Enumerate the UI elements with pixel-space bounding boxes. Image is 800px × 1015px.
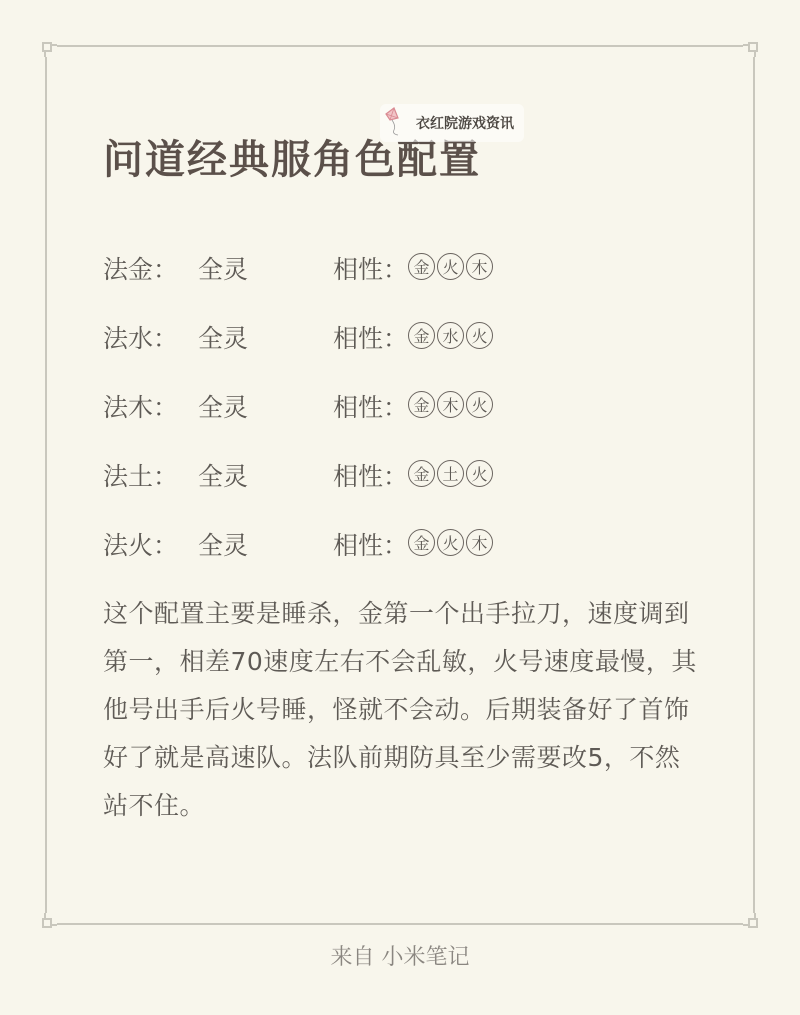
config-row: 法金： 全灵 相性： 金 火 木: [103, 250, 493, 319]
element-badge: 水: [437, 322, 464, 349]
config-row: 法土： 全灵 相性： 金 土 火: [103, 457, 493, 526]
affinity-label: 相性：: [333, 457, 408, 493]
frame-border-left: [45, 57, 47, 913]
element-badge: 金: [408, 322, 435, 349]
frame-border-right: [753, 57, 755, 913]
attribute-value: 全灵: [198, 319, 333, 355]
affinity-label: 相性：: [333, 250, 408, 286]
frame-border-top: [57, 45, 743, 47]
role-label: 法金：: [103, 250, 198, 286]
affinity-elements: 金 土 火: [408, 457, 493, 487]
config-row: 法水： 全灵 相性： 金 水 火: [103, 319, 493, 388]
element-badge: 火: [466, 322, 493, 349]
attribute-value: 全灵: [198, 250, 333, 286]
element-badge: 木: [466, 529, 493, 556]
element-badge: 火: [466, 391, 493, 418]
corner-ornament-icon: [742, 42, 758, 58]
element-badge: 金: [408, 253, 435, 280]
element-badge: 金: [408, 460, 435, 487]
element-badge: 木: [466, 253, 493, 280]
element-badge: 木: [437, 391, 464, 418]
attribute-value: 全灵: [198, 388, 333, 424]
element-badge: 金: [408, 529, 435, 556]
role-label: 法土：: [103, 457, 198, 493]
corner-ornament-icon: [742, 912, 758, 928]
affinity-label: 相性：: [333, 526, 408, 562]
affinity-elements: 金 木 火: [408, 388, 493, 418]
affinity-elements: 金 水 火: [408, 319, 493, 349]
attribute-value: 全灵: [198, 526, 333, 562]
affinity-label: 相性：: [333, 388, 408, 424]
role-label: 法水：: [103, 319, 198, 355]
affinity-elements: 金 火 木: [408, 250, 493, 280]
watermark: 衣红院游戏资讯: [380, 104, 524, 142]
element-badge: 金: [408, 391, 435, 418]
corner-ornament-icon: [42, 42, 58, 58]
role-label: 法火：: [103, 526, 198, 562]
element-badge: 火: [437, 253, 464, 280]
watermark-text: 衣红院游戏资讯: [416, 113, 514, 133]
role-config-list: 法金： 全灵 相性： 金 火 木 法水： 全灵 相性： 金 水 火 法木： 全灵…: [103, 250, 493, 595]
element-badge: 土: [437, 460, 464, 487]
affinity-elements: 金 火 木: [408, 526, 493, 556]
config-row: 法火： 全灵 相性： 金 火 木: [103, 526, 493, 595]
description-paragraph: 这个配置主要是睡杀，金第一个出手拉刀，速度调到第一，相差70速度左右不会乱敏，火…: [103, 590, 703, 830]
attribute-value: 全灵: [198, 457, 333, 493]
source-footer: 来自 小米笔记: [0, 940, 800, 971]
affinity-label: 相性：: [333, 319, 408, 355]
frame-border-bottom: [57, 923, 743, 925]
config-row: 法木： 全灵 相性： 金 木 火: [103, 388, 493, 457]
corner-ornament-icon: [42, 912, 58, 928]
role-label: 法木：: [103, 388, 198, 424]
kite-icon: [382, 106, 408, 140]
element-badge: 火: [466, 460, 493, 487]
element-badge: 火: [437, 529, 464, 556]
